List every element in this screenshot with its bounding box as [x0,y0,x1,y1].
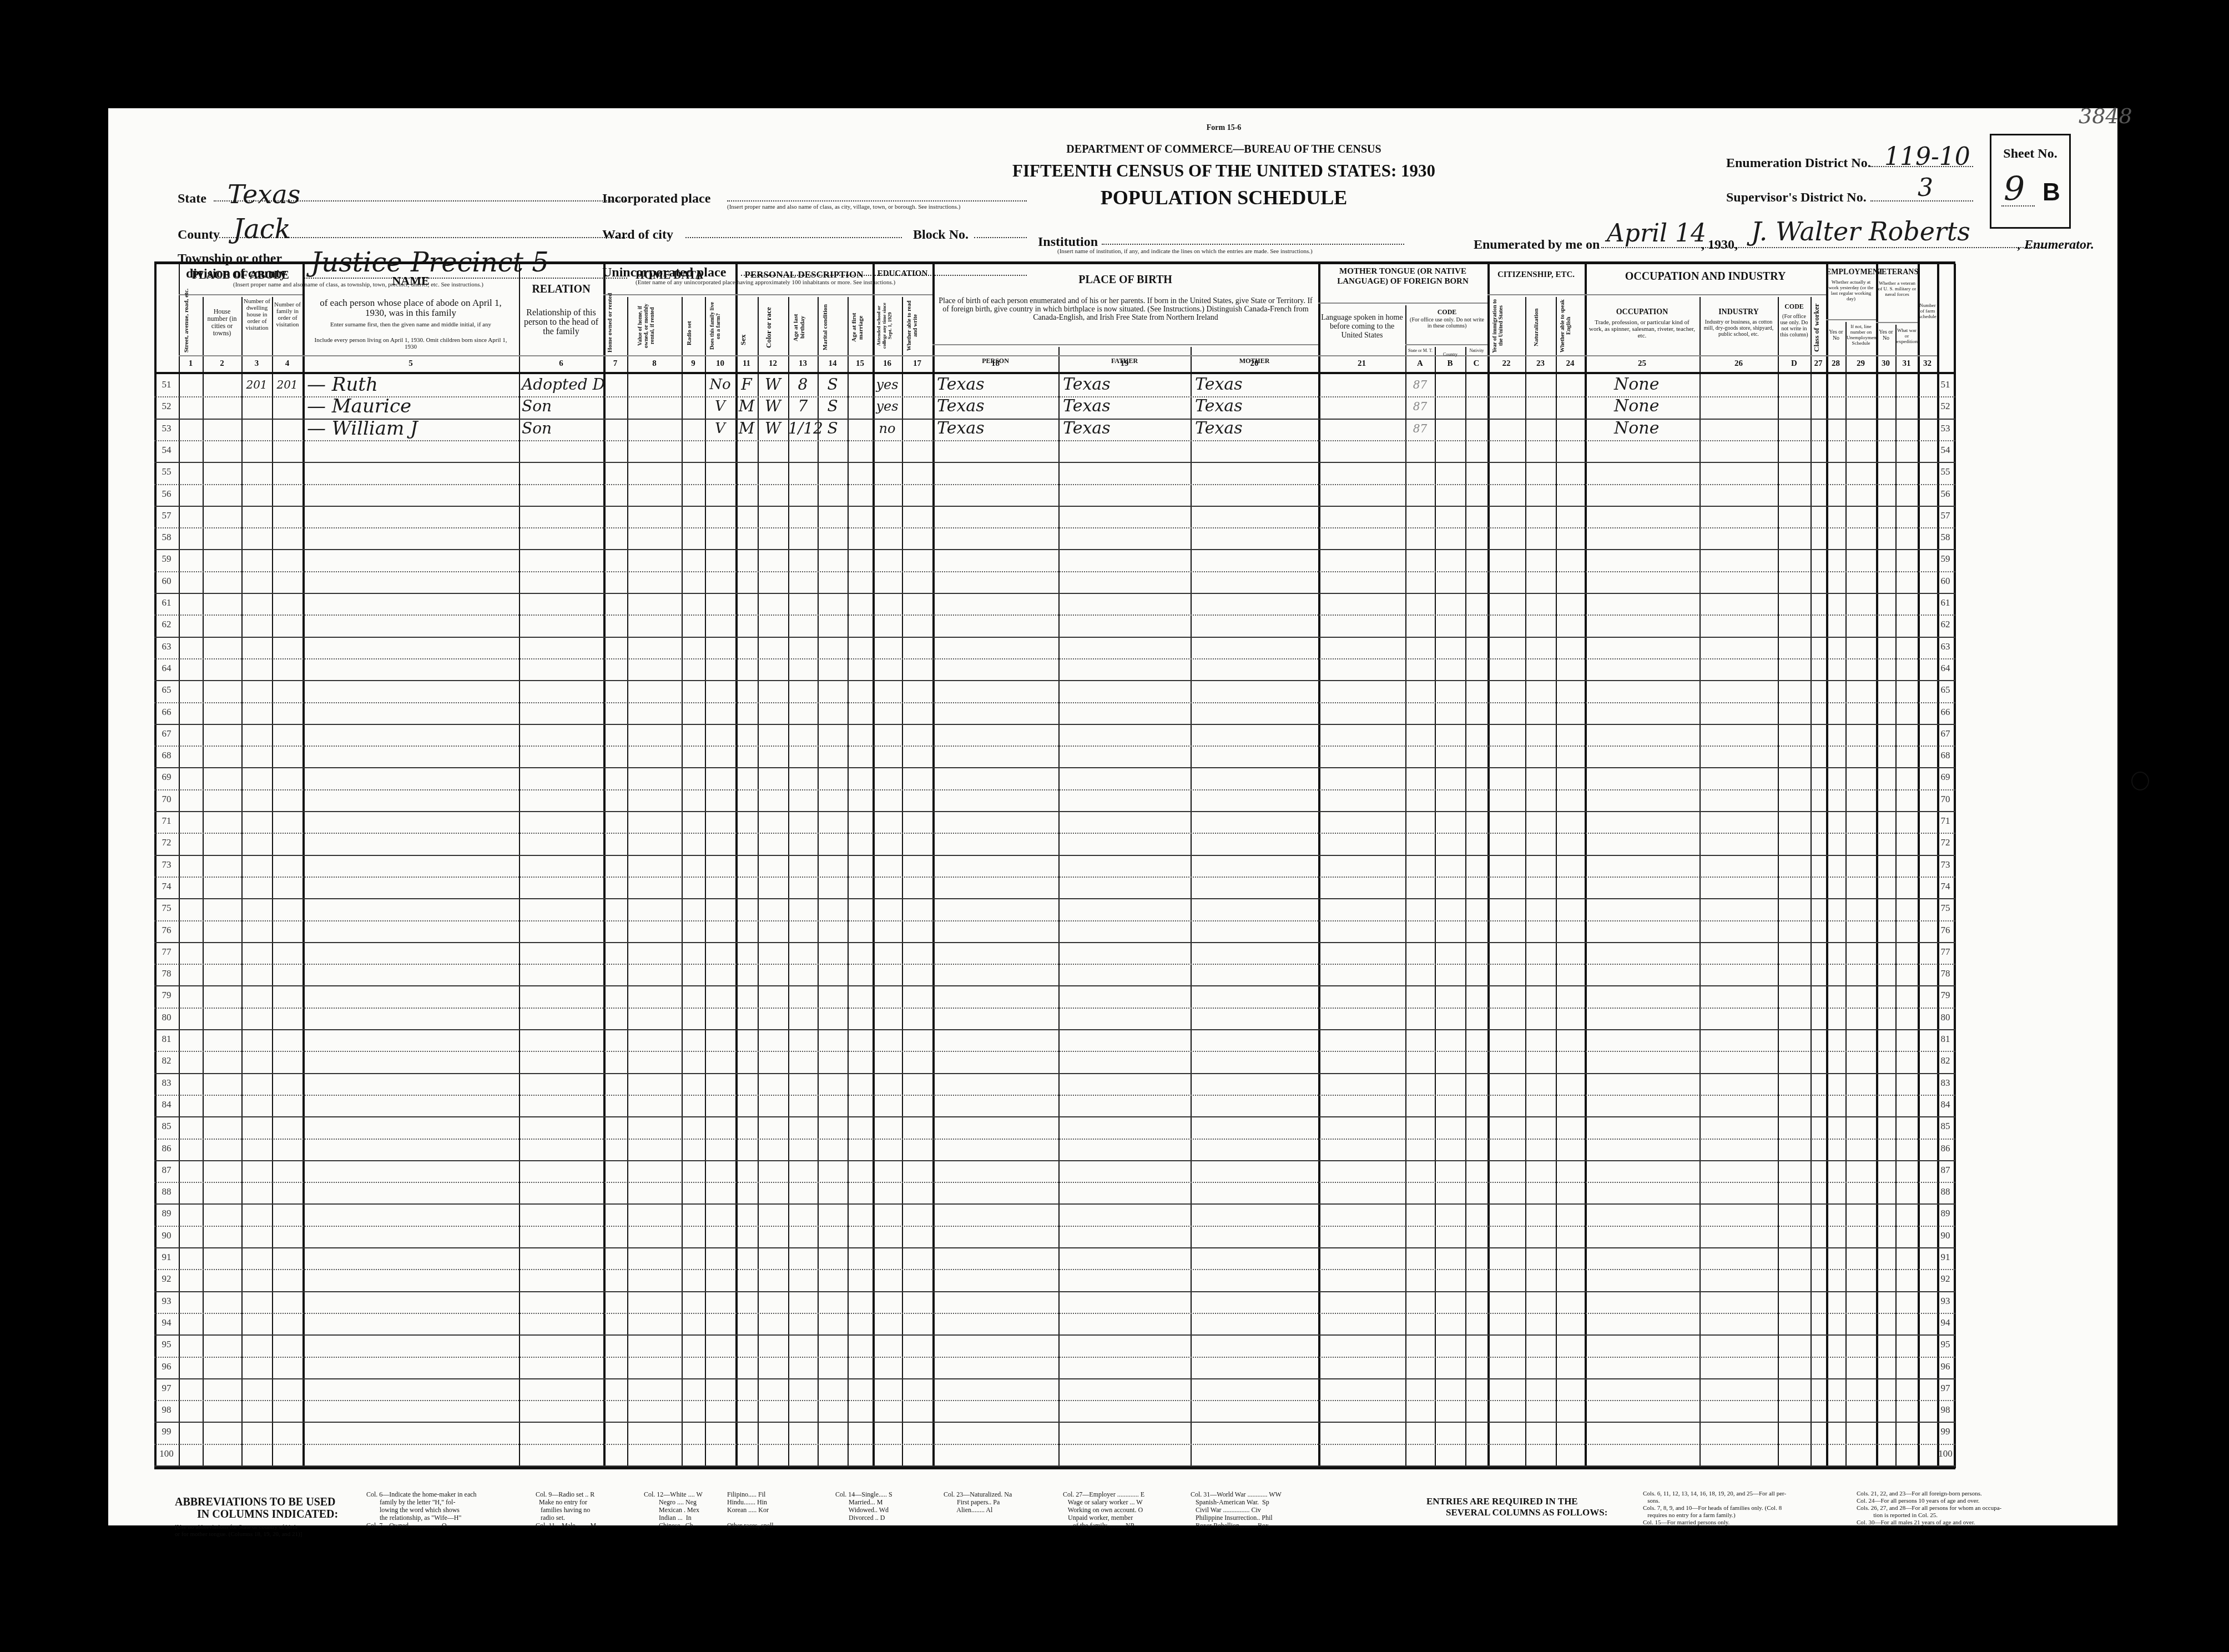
header-immigration-year: Year of immigration to the United States [1492,298,1521,354]
header-war: What war or expedition? [1897,328,1917,344]
line-number: 92 [1937,1273,1954,1285]
column-number: 20 [1191,359,1318,369]
row-rule [154,1160,1955,1161]
row-rule [154,593,1955,594]
row-rule [154,964,1955,965]
header-at-work: Yes or No [1827,329,1845,341]
race[interactable]: W [758,419,788,439]
line-number: 90 [154,1230,179,1241]
sex[interactable]: M [735,419,758,439]
line-number: 58 [154,532,179,543]
header-code-nativity: Nativity [1466,348,1487,353]
header-age: Age at last birthday [793,303,814,352]
line-number: 71 [154,815,179,827]
line-number: 74 [154,881,179,892]
column-number: 26 [1700,359,1778,369]
header-language-spoken: Language spoken in home before coming to… [1321,314,1403,340]
group-citizenship: CITIZENSHIP, ETC. [1487,270,1585,280]
line-number: 87 [1937,1165,1954,1176]
row-rule [154,1247,1955,1248]
header-dwelling-number: Number of dwelling house in order of vis… [243,298,271,331]
grid-line [272,297,273,1468]
abbrev-col9: Col. 9—Radio set .. R Make no entry for … [536,1490,596,1529]
row-rule [154,1182,1955,1183]
grid-line [1876,264,1878,1468]
header-name-note-1: Enter surname first, then the given name… [315,321,506,328]
grid-line [1845,322,1847,1468]
grid-line [1876,322,1918,323]
row-rule [154,440,1955,441]
table-row: — MauriceSonVMW7SyesTexasTexasTexas87Non… [154,396,1955,418]
line-number: 73 [154,859,179,870]
line-number: 76 [1937,925,1954,936]
column-number: 28 [1826,359,1845,369]
line-number: 99 [154,1426,179,1437]
column-number: 12 [758,359,788,369]
supervisor-label: Supervisor's District No. [1726,190,1867,205]
grid-line [1405,305,1406,1468]
line-number: 67 [1937,728,1954,739]
column-number: 24 [1556,359,1585,369]
grid-line [873,264,875,1468]
line-number: 56 [154,488,179,500]
school-attendance[interactable]: no [873,419,902,439]
county-value[interactable]: Jack [233,214,291,245]
line-number: 62 [1937,619,1954,630]
sheet-side: B [2043,179,2060,206]
grid-line [788,297,789,1468]
institution-line [1102,244,1404,245]
group-personal-description: PERSONAL DESCRIPTION [735,269,873,280]
column-number: 27 [1811,359,1826,369]
grid-line [735,264,738,1468]
birthplace-father[interactable]: Texas [1063,419,1191,439]
sheet-number-box: Sheet No. 9 B [1990,134,2071,229]
institution-label: Institution [1038,235,1098,250]
row-rule [154,1095,1955,1096]
row-rule [154,1203,1955,1205]
header-farm-schedule: Number of farm schedule [1919,303,1936,319]
line-number: 61 [154,597,179,608]
row-rule [154,1444,1955,1445]
grid-line [1585,264,1587,1468]
line-number: 58 [1937,532,1954,543]
relationship[interactable]: Son [522,419,602,439]
row-rule [154,462,1955,463]
grid-line [203,297,204,1468]
enumerator-name[interactable]: J. Walter Roberts [1751,216,1970,246]
row-rule [154,877,1955,878]
line-number: 66 [154,707,179,718]
line-number: 81 [1937,1034,1954,1045]
column-number: 8 [627,359,682,369]
line-number: 86 [154,1143,179,1154]
header-home-owned: Home owned or rented [607,300,624,352]
state-value[interactable]: Texas [228,179,300,209]
birthplace-person[interactable]: Texas [937,419,1059,439]
department-line: DEPARTMENT OF COMMERCE—BUREAU OF THE CEN… [1018,143,1429,156]
row-rule [154,680,1955,681]
header-birth-note: Place of birth of each person enumerated… [937,297,1314,322]
line-number: 96 [1937,1361,1954,1372]
row-rule [154,1029,1955,1030]
occupation[interactable]: None [1592,375,1719,395]
race[interactable]: W [758,396,788,416]
row-rule [154,789,1955,790]
header-code-title: CODE [1406,308,1487,316]
row-rule [154,615,1955,616]
header-veteran-yes-no: Yes or No [1877,329,1895,341]
relationship[interactable]: Son [522,396,602,416]
line-number: 96 [154,1361,179,1372]
birthplace-mother[interactable]: Texas [1195,375,1318,395]
header-unemployment-line: If not, line number on Unemployment Sche… [1847,324,1875,346]
farm-answer[interactable]: V [705,396,735,416]
header-home-value: Value of home, if owned, or monthly rent… [637,298,670,354]
header-street: Street, avenue, road, etc. [183,303,200,352]
column-number: 9 [682,359,705,369]
header-naturalization: Naturalization [1533,303,1549,352]
header-sex: Sex [739,328,755,352]
abbrev-col23: Col. 23—Naturalized. Na First papers.. P… [944,1490,1012,1514]
line-number: 85 [154,1121,179,1132]
line-number: 100 [154,1448,179,1459]
column-number: B [1435,359,1465,369]
grid-line [1058,347,1060,1468]
grid-line [1700,297,1701,1468]
line-number: 84 [154,1099,179,1110]
occupation[interactable]: None [1592,419,1719,439]
line-number: 54 [1937,445,1954,456]
line-number: 90 [1937,1230,1954,1241]
column-number: 1 [179,359,203,369]
line-number: 86 [1937,1143,1954,1154]
grid-line [932,264,935,1468]
sex[interactable]: F [735,375,758,395]
column-number: 10 [705,359,735,369]
line-number: 63 [1937,641,1954,652]
group-place-of-birth: PLACE OF BIRTH [932,274,1318,286]
grid-line [902,297,903,1468]
header-house-number: House number (in cities or towns) [204,308,240,337]
line-number: 59 [154,553,179,565]
grid-line [1435,347,1436,1468]
grid-line [1318,303,1487,304]
line-number: 92 [154,1273,179,1285]
row-rule [154,1139,1955,1140]
population-table: PLACE OF ABODE NAME RELATION HOME DATA P… [154,264,1955,1468]
row-rule [154,702,1955,703]
column-number: 21 [1318,359,1405,369]
age[interactable]: 8 [788,375,818,395]
ed-label: Enumeration District No. [1726,156,1871,171]
farm-answer[interactable]: V [705,419,735,439]
line-number: 65 [154,684,179,696]
birthplace-father[interactable]: Texas [1063,375,1191,395]
column-number: 2 [203,359,241,369]
header-code-d-title: CODE [1778,303,1811,311]
row-rule [154,920,1955,921]
column-number: A [1405,359,1435,369]
occupation[interactable]: None [1592,396,1719,416]
line-number: 57 [1937,510,1954,521]
column-number: 13 [788,359,818,369]
line-number: 75 [1937,903,1954,914]
header-code-state: State or M. T. [1406,348,1434,353]
grid-line [1465,347,1466,1468]
header-speak-english: Whether able to speak English [1560,298,1582,354]
birthplace-person[interactable]: Texas [937,375,1059,395]
ward-label: Ward of city [602,228,673,243]
line-number: 66 [1937,707,1954,718]
person-name[interactable]: — William J [307,419,518,439]
line-number: 72 [154,837,179,848]
row-rule [154,1378,1955,1379]
column-number: 14 [818,359,848,369]
group-education: EDUCATION [873,269,932,279]
incorporated-label: Incorporated place [602,192,710,206]
line-number: 65 [1937,684,1954,696]
row-rule [154,746,1955,747]
entries-title-2: SEVERAL COLUMNS AS FOLLOWS: [1446,1507,1607,1518]
group-occupation-industry: OCCUPATION AND INDUSTRY [1585,270,1826,283]
row-rule [154,637,1955,638]
birthplace-father[interactable]: Texas [1063,396,1191,416]
row-rule [154,1334,1955,1336]
enumeration-date[interactable]: April 14 [1607,219,1706,248]
line-number: 93 [154,1296,179,1307]
ward-line [685,237,902,238]
grid-line [179,294,302,295]
line-number: 88 [1937,1186,1954,1197]
line-number: 82 [154,1055,179,1066]
grid-line [848,297,849,1468]
column-number: 6 [519,359,603,369]
column-number: 3 [241,359,272,369]
line-number: 73 [1937,859,1954,870]
grid-line [1525,297,1526,1468]
line-number: 79 [1937,990,1954,1001]
state-code[interactable]: 87 [1405,375,1435,395]
dwelling-number[interactable]: 201 [241,375,272,395]
relationship[interactable]: Adopted D [522,375,602,395]
line-number: 54 [154,445,179,456]
row-rule [154,1051,1955,1052]
birthplace-mother[interactable]: Texas [1195,396,1318,416]
header-marital: Marital condition [822,303,843,352]
state-label: State [178,192,206,206]
row-rule [154,571,1955,572]
row-rule [154,1422,1955,1423]
grid-line [1585,294,1826,295]
grid-line [818,297,819,1468]
row-rule [154,527,1955,528]
marital-status[interactable]: S [818,419,848,439]
row-rule [154,658,1955,659]
column-number: 11 [735,359,758,369]
header-family-number: Number of family in order of visitation [273,301,302,328]
header-age-first-marriage: Age at first marriage [851,303,870,352]
sheet-label: Sheet No. [1991,147,2069,162]
column-number: 15 [848,359,873,369]
age[interactable]: 1/12 [788,419,818,439]
incorporated-line [727,200,1027,202]
binder-hole [2131,253,2147,279]
line-number: 80 [154,1012,179,1023]
grid-line [241,297,243,1468]
header-code-d: (For office use only. Do not write in th… [1779,314,1809,338]
header-code-country: Country [1436,350,1465,359]
birthplace-mother[interactable]: Texas [1195,419,1318,439]
grid-line [179,355,1937,356]
grid-line [758,297,759,1468]
header-occupation: Trade, profession, or particular kind of… [1587,319,1697,339]
grid-line [519,264,520,1468]
sex[interactable]: M [735,396,758,416]
row-rule [154,1313,1955,1314]
line-number: 63 [154,641,179,652]
row-rule [154,724,1955,725]
grid-line [603,264,606,1468]
group-employment: EMPLOYMENT [1826,268,1876,277]
schedule-title: POPULATION SCHEDULE [1018,186,1429,209]
abbrev-title-2: IN COLUMNS INDICATED: [197,1508,338,1520]
header-occupation-title: OCCUPATION [1585,308,1700,316]
header-code-note: (For office use only. Do not write in th… [1408,317,1486,329]
family-number[interactable]: 201 [272,375,302,395]
line-number: 88 [154,1186,179,1197]
line-number: 97 [1937,1383,1954,1394]
line-number: 56 [1937,488,1954,500]
row-rule [154,1008,1955,1009]
line-number: 70 [1937,794,1954,805]
row-rule [154,1465,1955,1467]
age[interactable]: 7 [788,396,818,416]
line-number: 93 [1937,1296,1954,1307]
header-relationship: Relationship of this person to the head … [522,308,601,336]
line-number: 84 [1937,1099,1954,1110]
row-rule [154,1291,1955,1292]
row-rule [154,506,1955,507]
grid-line [627,297,628,1468]
row-rule [154,767,1955,768]
state-code[interactable]: 87 [1405,396,1435,416]
line-number: 99 [1937,1426,1954,1437]
line-number: 98 [1937,1404,1954,1416]
abbrev-col31: Col. 31—World War ............ WW Spanis… [1191,1490,1282,1529]
grid-line [1318,264,1320,1468]
column-number: 22 [1487,359,1525,369]
block-label: Block No. [913,228,969,243]
column-number: 7 [603,359,627,369]
line-number: 85 [1937,1121,1954,1132]
line-number: 62 [154,619,179,630]
enumerated-label: Enumerated by me on [1474,238,1600,253]
header-industry: Industry or business, as cotton mill, dr… [1702,319,1776,338]
farm-answer[interactable]: No [705,375,735,395]
line-number: 72 [1937,837,1954,848]
grid-line [682,297,683,1468]
line-number: 100 [1937,1448,1954,1459]
grid-line [179,264,180,1468]
grid-line [1811,297,1812,1468]
person-name[interactable]: — Ruth [307,375,518,395]
state-code[interactable]: 87 [1405,419,1435,439]
grid-line [1895,325,1897,1468]
grid-line [1487,294,1585,295]
abbrev-col14: Col. 14—Single..... S Married... M Widow… [835,1490,892,1522]
line-number: 60 [1937,576,1954,587]
sheet-number[interactable]: 9 [2004,170,2025,209]
marital-status[interactable]: S [818,375,848,395]
birthplace-person[interactable]: Texas [937,396,1059,416]
sheet-number-line [2001,205,2035,206]
county-label: County [178,228,220,243]
line-number: 61 [1937,597,1954,608]
column-number: 4 [272,359,302,369]
group-veterans: VETERANS [1876,268,1918,277]
abbrev-note: [Use no abbreviations for State or count… [175,1524,302,1538]
grid-line [1556,297,1557,1468]
header-farm: Does this family live on a farm? [709,300,732,352]
line-number: 81 [154,1034,179,1045]
enumerator-label: , Enumerator. [2018,238,2094,253]
line-number: 55 [1937,466,1954,477]
table-row: — William JSonVMW1/12SnoTexasTexasTexas8… [154,419,1955,440]
stamp-number: 3848 [2079,104,2132,128]
column-number: 32 [1918,359,1937,369]
grid-line [705,297,706,1468]
group-name: NAME [302,274,519,288]
race[interactable]: W [758,375,788,395]
census-title: FIFTEENTH CENSUS OF THE UNITED STATES: 1… [985,161,1463,181]
header-race: Color or race [765,303,783,352]
supervisor-value[interactable]: 3 [1918,174,1933,202]
row-rule [154,833,1955,834]
group-home-data: HOME DATA [603,269,735,282]
school-attendance[interactable]: yes [873,375,902,395]
row-rule [154,1226,1955,1227]
person-name[interactable]: — Maurice [307,396,518,416]
enumeration-year: , 1930, [1701,238,1738,253]
line-number: 78 [154,968,179,979]
row-rule [154,1357,1955,1358]
line-number: 82 [1937,1055,1954,1066]
line-number: 91 [154,1252,179,1263]
marital-status[interactable]: S [818,396,848,416]
group-place-of-abode: PLACE OF ABODE [179,269,302,282]
line-number: 69 [1937,772,1954,783]
line-number: 95 [154,1339,179,1350]
line-number: 64 [1937,663,1954,674]
abbrev-title-1: ABBREVIATIONS TO BE USED [175,1496,336,1508]
column-number: 25 [1585,359,1700,369]
ed-value[interactable]: 119-10 [1884,143,1970,171]
header-attended-school: Attended school or college any time sinc… [876,298,899,354]
line-number: 64 [154,663,179,674]
line-number: 89 [1937,1208,1954,1219]
header-radio-set: Radio set [686,314,702,352]
line-number: 87 [154,1165,179,1176]
grid-line [1954,264,1956,1468]
row-rule [154,1116,1955,1117]
abbrev-col12-a: Col. 12—White .... W Negro .... Neg Mexi… [644,1490,703,1529]
school-attendance[interactable]: yes [873,396,902,416]
grid-line [603,294,932,295]
line-number: 97 [154,1383,179,1394]
column-number: 31 [1895,359,1918,369]
binder-hole [2131,772,2149,790]
